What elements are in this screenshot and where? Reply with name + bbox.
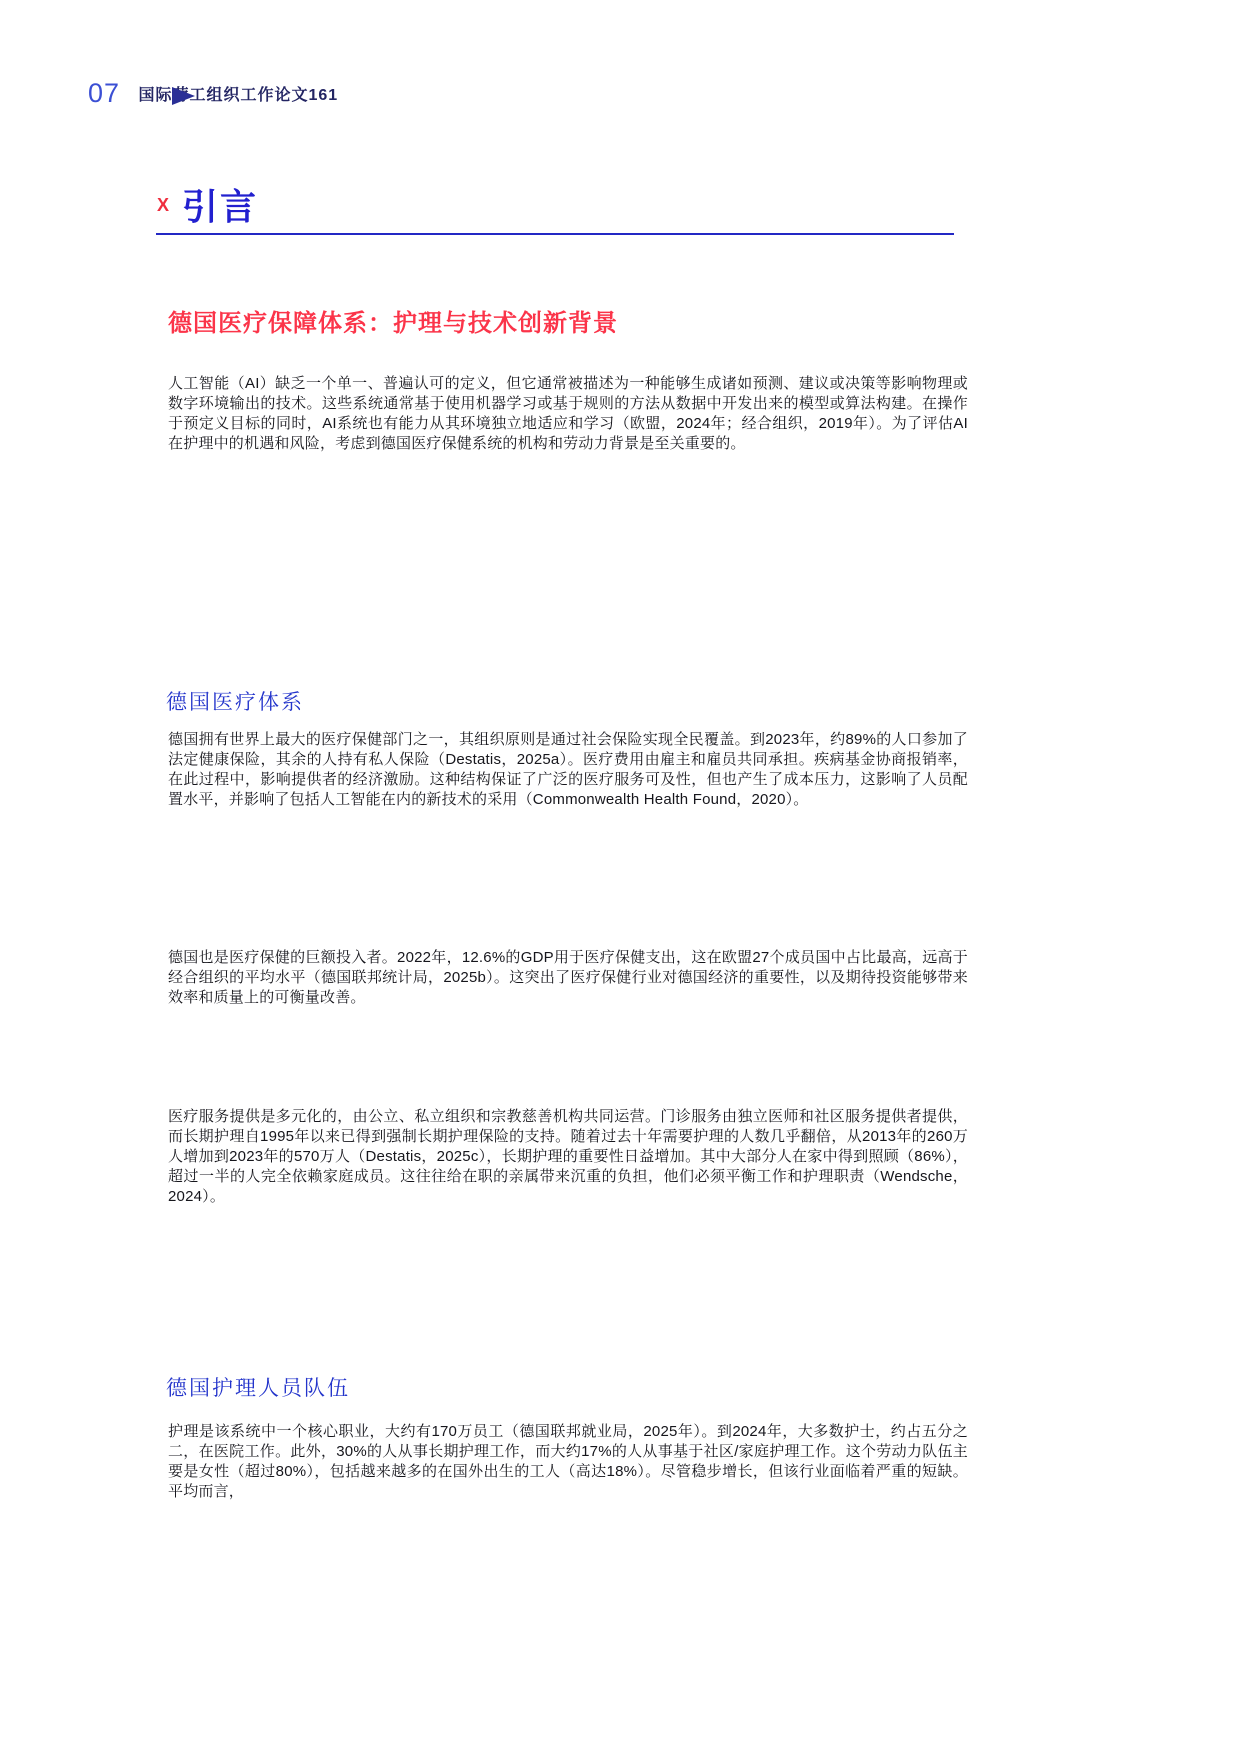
section-divider xyxy=(156,233,954,235)
subheading-german-nursing-workforce: 德国护理人员队伍 xyxy=(166,1372,350,1402)
arrow-right-icon xyxy=(172,87,195,105)
section-marker-x: X xyxy=(157,195,169,216)
paragraph: 德国也是医疗保健的巨额投入者。2022年，12.6%的GDP用于医疗保健支出，这… xyxy=(168,948,968,1008)
paragraph: 医疗服务提供是多元化的，由公立、私立组织和宗教慈善机构共同运营。门诊服务由独立医… xyxy=(168,1107,968,1207)
intro-paragraph: 人工智能（AI）缺乏一个单一、普遍认可的定义，但它通常被描述为一种能够生成诸如预… xyxy=(168,374,968,454)
publication-title: 国际劳工组织工作论文161 xyxy=(139,82,339,105)
paragraph: 护理是该系统中一个核心职业，大约有170万员工（德国联邦就业局，2025年）。到… xyxy=(168,1422,968,1502)
paragraph: 德国拥有世界上最大的医疗保健部门之一，其组织原则是通过社会保险实现全民覆盖。到2… xyxy=(168,730,968,810)
section-title: 引言 xyxy=(182,188,956,226)
subheading-german-healthcare-system: 德国医疗体系 xyxy=(166,686,304,716)
article-heading: 德国医疗保障体系：护理与技术创新背景 xyxy=(168,303,928,338)
page-header: 07 国际劳工组织工作论文161 xyxy=(88,78,338,112)
document-page: 07 国际劳工组织工作论文161 X 引言 德国医疗保障体系：护理与技术创新背景… xyxy=(0,0,1240,1754)
section-heading-block: X 引言 xyxy=(156,188,956,226)
page-number: 07 xyxy=(88,78,120,109)
